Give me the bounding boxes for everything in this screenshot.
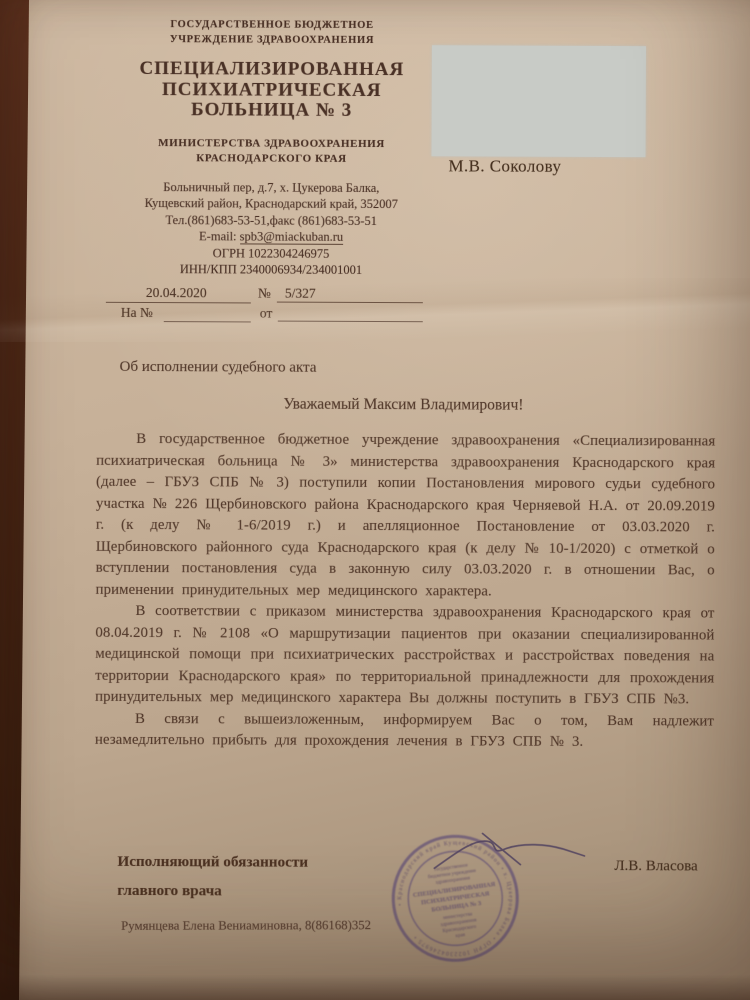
- letter-body: В государственное бюджетное учреждение з…: [95, 429, 715, 754]
- address-block: Больничный пер, д.7, х. Цукерова Балка, …: [71, 178, 471, 229]
- number-sign: №: [258, 285, 271, 301]
- registration-block: ОГРН 1022304246975 ИНН/КПП 2340006934/23…: [71, 244, 471, 279]
- hospital-name-heading: СПЕЦИАЛИЗИРОВАННАЯ ПСИХИАТРИЧЕСКАЯ БОЛЬН…: [72, 59, 472, 122]
- body-paragraph-1: В государственное бюджетное учреждение з…: [96, 429, 716, 604]
- ministry-line2: КРАСНОДАРСКОГО КРАЯ: [71, 150, 471, 167]
- letter-content: ГОСУДАРСТВЕННОЕ БЮДЖЕТНОЕ УЧРЕЖДЕНИЕ ЗДР…: [0, 0, 750, 1000]
- scene: ГОСУДАРСТВЕННОЕ БЮДЖЕТНОЕ УЧРЕЖДЕНИЕ ЗДР…: [0, 0, 750, 1000]
- email-label: E-mail:: [199, 229, 237, 243]
- org-type-line2: УЧРЕЖДЕНИЕ ЗДРАВООХРАНЕНИЯ: [72, 32, 472, 49]
- executor-contact: Румянцева Елена Вениаминовна, 8(86168)35…: [121, 918, 371, 934]
- signer-position-line2: главного врача: [117, 876, 308, 906]
- hospital-name-line1: СПЕЦИАЛИЗИРОВАННАЯ: [72, 59, 472, 81]
- inn-kpp-line: ИНН/КПП 2340006934/234001001: [71, 261, 471, 279]
- letterhead: ГОСУДАРСТВЕННОЕ БЮДЖЕТНОЕ УЧРЕЖДЕНИЕ ЗДР…: [71, 17, 472, 279]
- subject-line: Об исполнении судебного акта: [120, 359, 317, 377]
- signer-position-line1: Исполняющий обязанности: [117, 847, 308, 877]
- ministry-heading: МИНИСТЕРСТВА ЗДРАВООХРАНЕНИЯ КРАСНОДАРСК…: [71, 135, 471, 167]
- letter-date: 20.04.2020: [146, 285, 207, 301]
- signer-position: Исполняющий обязанности главного врача: [117, 847, 308, 906]
- reply-from-label: от: [260, 305, 273, 321]
- redacted-recipient-box: [432, 45, 646, 157]
- org-type-heading: ГОСУДАРСТВЕННОЕ БЮДЖЕТНОЕ УЧРЕЖДЕНИЕ ЗДР…: [72, 17, 472, 49]
- ogrn-line: ОГРН 1022304246975: [71, 244, 471, 262]
- address-line1: Больничный пер, д.7, х. Цукерова Балка,: [71, 178, 471, 196]
- stamp-line-10: края: [455, 933, 466, 939]
- reply-date-underline: [278, 321, 423, 323]
- email-line: E-mail: spb3@miackuban.ru: [71, 228, 471, 246]
- reply-to-label: На №: [121, 305, 153, 321]
- letter-number: 5/327: [285, 286, 316, 302]
- photo-of-letter: { "colors":{"table_wood":"#4a2717","pape…: [0, 0, 750, 1000]
- hospital-name-line3: БОЛЬНИЦА № 3: [72, 100, 472, 122]
- reply-number-underline: [164, 321, 251, 322]
- recipient-name: М.В. Соколову: [448, 156, 561, 176]
- number-underline: [277, 302, 423, 304]
- body-paragraph-3: В связи с вышеизложенным, информируем Ва…: [95, 708, 714, 754]
- pen-signature-stroke: [426, 818, 596, 894]
- phone-line: Тел.(861)683-53-51,факс (861)683-53-51: [71, 211, 471, 229]
- body-paragraph-2: В соответствии с приказом министерства з…: [95, 601, 714, 711]
- ministry-line1: МИНИСТЕРСТВА ЗДРАВООХРАНЕНИЯ: [72, 135, 472, 152]
- address-line2: Кущевский район, Краснодарский край, 352…: [71, 195, 471, 213]
- email-address: spb3@miackuban.ru: [240, 229, 344, 244]
- org-type-line1: ГОСУДАРСТВЕННОЕ БЮДЖЕТНОЕ: [72, 17, 472, 34]
- signer-name: Л.В. Власова: [614, 858, 697, 875]
- hospital-name-line2: ПСИХИАТРИЧЕСКАЯ: [72, 79, 472, 101]
- date-underline: [106, 302, 251, 304]
- salutation: Уважаемый Максим Владимирович!: [283, 396, 523, 415]
